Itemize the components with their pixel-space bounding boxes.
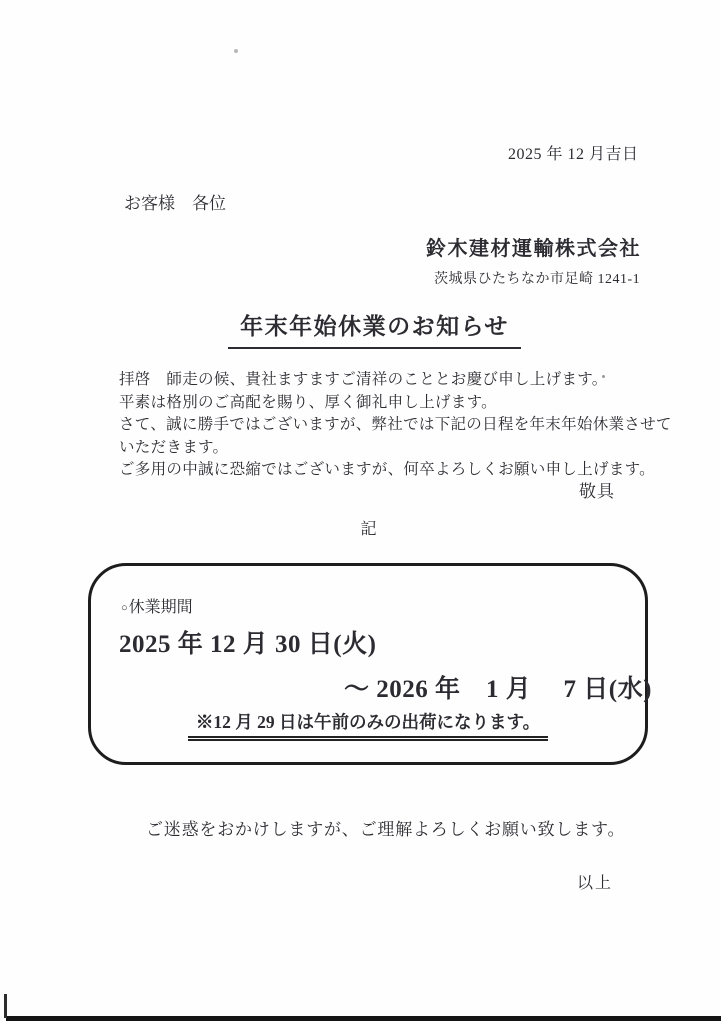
- company-address: 茨城県ひたちなか市足崎 1241-1: [434, 268, 640, 288]
- body-paragraph: 拝啓 師走の候、貴社ますますご清祥のこととお慶び申し上げます。 平素は格別のご高…: [119, 369, 659, 482]
- recipient-line: お客様 各位: [124, 189, 226, 214]
- holiday-start-date: 2025 年 12 月 30 日(火): [119, 624, 376, 660]
- shipping-note-row: ※12 月 29 日は午前のみの出荷になります。: [91, 709, 645, 741]
- scan-artifact-horizontal-line: [6, 1016, 721, 1021]
- scan-dust-speck: [602, 375, 605, 378]
- scanned-letter-page: 2025 年 12 月吉日 お客様 各位 鈴木建材運輸株式会社 茨城県ひたちなか…: [0, 0, 721, 1024]
- holiday-period-label-text: 休業期間: [129, 599, 193, 616]
- circle-bullet-icon: ○: [121, 602, 128, 614]
- scan-dust-speck: [234, 49, 238, 53]
- record-marker-ki: 記: [0, 516, 721, 539]
- body-line-2: 平素は格別のご高配を賜り、厚く御礼申し上げます。: [119, 392, 659, 415]
- document-title: 年末年始休業のお知らせ: [228, 308, 521, 349]
- body-line-4: いただきます。: [119, 437, 659, 460]
- scan-artifact-vertical-tick: [4, 994, 7, 1018]
- holiday-period-box: ○休業期間 2025 年 12 月 30 日(火) ～ 2026 年 1 月 7…: [88, 563, 648, 765]
- document-title-row: 年末年始休業のお知らせ: [0, 308, 721, 349]
- holiday-period-label: ○休業期間: [121, 594, 193, 617]
- closing-apology-line: ご迷惑をおかけしますが、ご理解よろしくお願い致します。: [146, 815, 625, 840]
- holiday-end-date: ～ 2026 年 1 月 7 日(水): [344, 669, 652, 705]
- body-line-1: 拝啓 師走の候、貴社ますますご清祥のこととお慶び申し上げます。: [119, 369, 659, 392]
- closing-salutation-keigu: 敬具: [0, 477, 615, 502]
- shipping-note: ※12 月 29 日は午前のみの出荷になります。: [188, 709, 548, 741]
- document-date: 2025 年 12 月吉日: [508, 141, 639, 164]
- company-name: 鈴木建材運輸株式会社: [426, 232, 641, 261]
- body-line-3: さて、誠に勝手ではございますが、弊社では下記の日程を年末年始休業させて: [119, 414, 659, 437]
- closing-marker-ijou: 以上: [0, 870, 613, 893]
- record-marker-ki-text: 記: [360, 516, 376, 539]
